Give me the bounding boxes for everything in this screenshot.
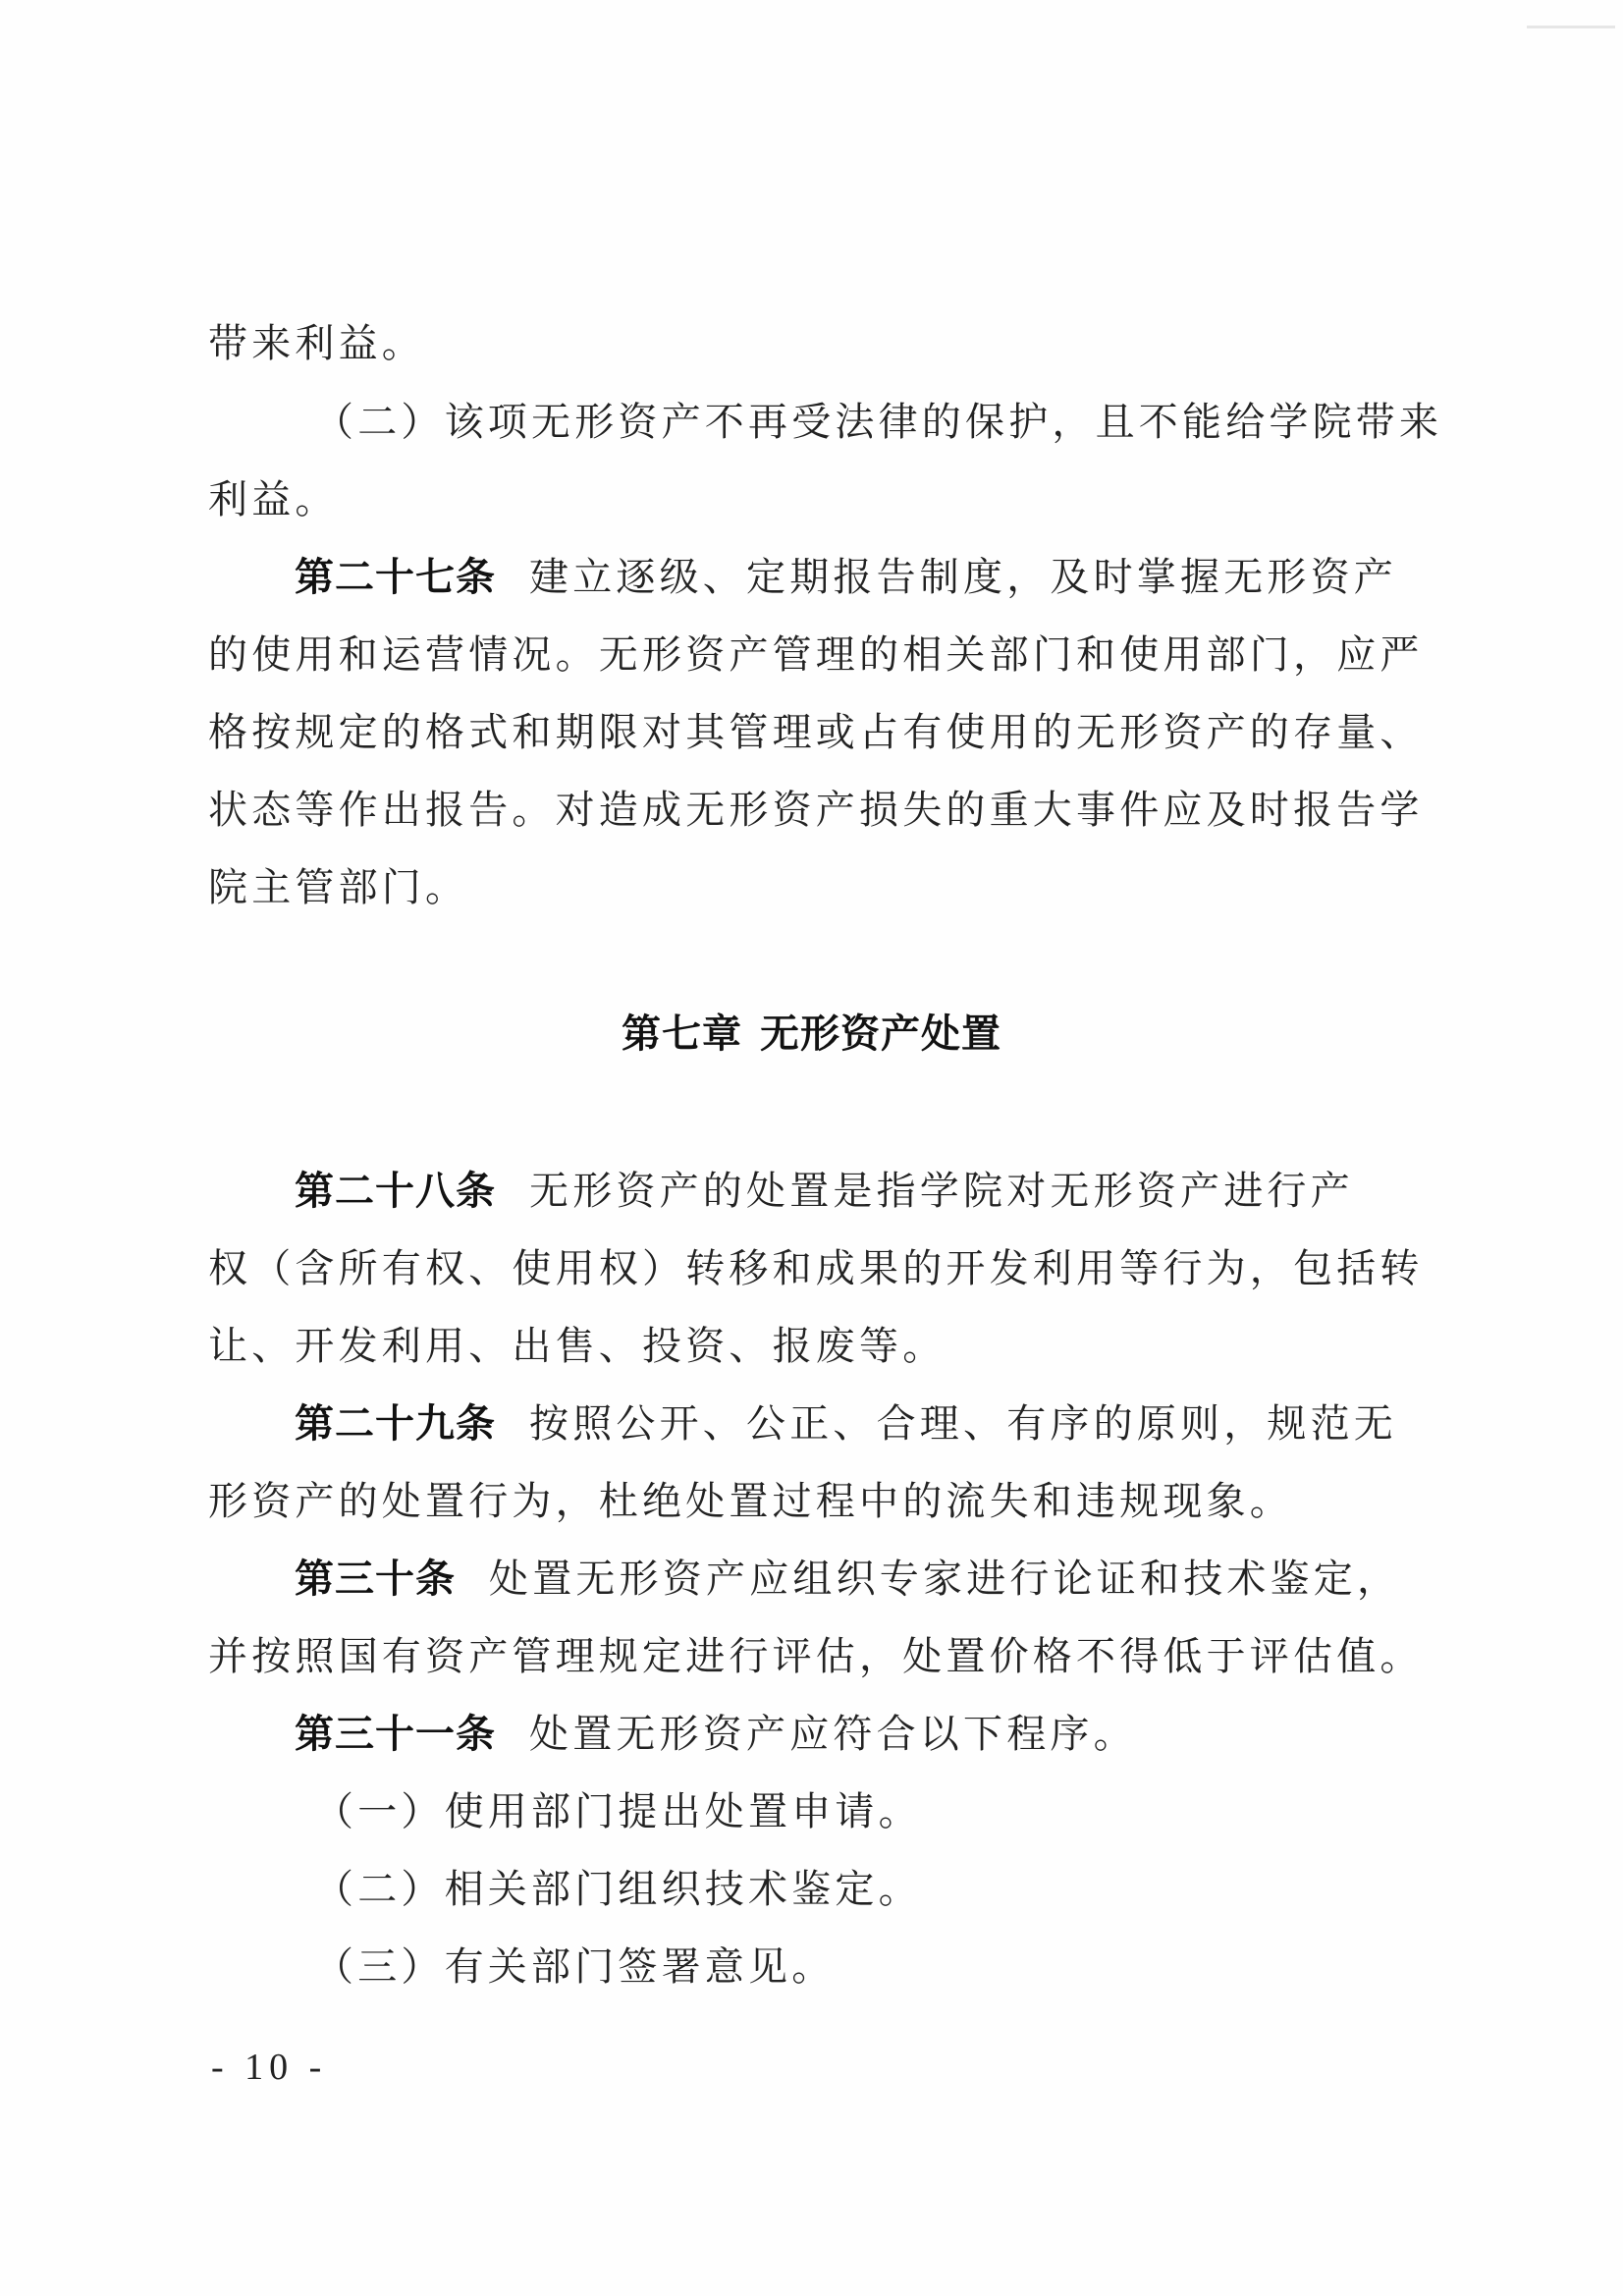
article-28-line-2: 权（含所有权、使用权）转移和成果的开发利用等行为，包括转 <box>208 1244 1435 1293</box>
chapter-title: 无形资产处置 <box>760 1011 1001 1057</box>
document-page: 带来利益。 （二）该项无形资产不再受法律的保护，且不能给学院带来 利益。 第二十… <box>0 0 1623 2296</box>
article-29-line-2: 形资产的处置行为，杜绝处置过程中的流失和违规现象。 <box>208 1477 1435 1526</box>
procedure-item-2: （二）相关部门组织技术鉴定。 <box>314 1865 1542 1914</box>
article-27-text: 建立逐级、定期报告制度，及时掌握无形资产 <box>529 555 1397 600</box>
article-27-line-3: 格按规定的格式和期限对其管理或占有使用的无形资产的存量、 <box>208 708 1435 757</box>
article-28-heading: 第二十八条 <box>295 1169 496 1214</box>
article-27-line-1: 第二十七条建立逐级、定期报告制度，及时掌握无形资产 <box>295 553 1522 602</box>
article-29-line-1: 第二十九条按照公开、公正、合理、有序的原则，规范无 <box>295 1399 1522 1449</box>
article-27-line-4: 状态等作出报告。对造成无形资产损失的重大事件应及时报告学 <box>208 786 1435 835</box>
article-31-heading: 第三十一条 <box>295 1712 496 1757</box>
article-28-text: 无形资产的处置是指学院对无形资产进行产 <box>529 1169 1354 1214</box>
article-30-line-2: 并按照国有资产管理规定进行评估，处置价格不得低于评估值。 <box>208 1632 1435 1681</box>
article-27-heading: 第二十七条 <box>295 555 496 600</box>
article-28-line-3: 让、开发利用、出售、投资、报废等。 <box>208 1322 1435 1371</box>
paragraph-continuation: 带来利益。 <box>208 319 1435 368</box>
article-30-text: 处置无形资产应组织专家进行论证和技术鉴定， <box>489 1557 1400 1602</box>
article-31-line-1: 第三十一条处置无形资产应符合以下程序。 <box>295 1710 1522 1759</box>
procedure-item-1: （一）使用部门提出处置申请。 <box>314 1787 1542 1836</box>
article-30-heading: 第三十条 <box>295 1557 456 1602</box>
scan-artifact <box>1527 26 1615 28</box>
chapter-heading: 第七章无形资产处置 <box>0 1010 1623 1059</box>
article-29-text: 按照公开、公正、合理、有序的原则，规范无 <box>529 1401 1397 1447</box>
article-31-text: 处置无形资产应符合以下程序。 <box>529 1712 1137 1757</box>
list-item-2-line-1: （二）该项无形资产不再受法律的保护，且不能给学院带来 <box>314 398 1542 447</box>
article-29-heading: 第二十九条 <box>295 1401 496 1447</box>
article-30-line-1: 第三十条处置无形资产应组织专家进行论证和技术鉴定， <box>295 1555 1522 1604</box>
article-27-line-5: 院主管部门。 <box>208 863 1435 912</box>
page-number: - 10 - <box>211 2043 327 2092</box>
article-27-line-2: 的使用和运营情况。无形资产管理的相关部门和使用部门，应严 <box>208 630 1435 680</box>
chapter-number: 第七章 <box>622 1011 742 1057</box>
list-item-2-line-2: 利益。 <box>208 475 1435 524</box>
procedure-item-3: （三）有关部门签署意见。 <box>314 1942 1542 1992</box>
article-28-line-1: 第二十八条无形资产的处置是指学院对无形资产进行产 <box>295 1167 1522 1216</box>
